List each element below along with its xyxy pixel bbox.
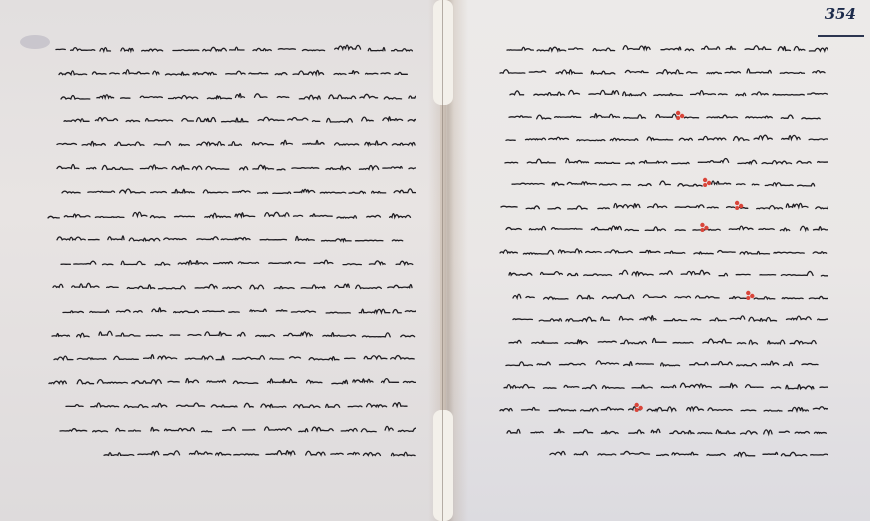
manuscript-line (102, 443, 417, 459)
paper-damage-bottom (433, 410, 453, 521)
manuscript-line (64, 395, 416, 411)
manuscript-line (51, 276, 416, 292)
manuscript-line (511, 308, 828, 324)
manuscript-line (55, 133, 416, 149)
manuscript-line (507, 106, 828, 122)
manuscript-line (548, 443, 829, 459)
manuscript-line (508, 83, 828, 99)
manuscript-line (52, 347, 416, 363)
manuscript-line (507, 331, 828, 347)
manuscript-line (511, 286, 828, 302)
right-page (446, 0, 870, 521)
manuscript-spread: 354 (0, 0, 870, 521)
manuscript-line (57, 62, 416, 78)
paper-damage-top (433, 0, 453, 105)
manuscript-line (58, 419, 416, 435)
manuscript-line (498, 398, 828, 414)
manuscript-line (50, 324, 416, 340)
manuscript-line (61, 300, 416, 316)
manuscript-line (510, 173, 828, 189)
manuscript-line (499, 196, 828, 212)
manuscript-line (46, 205, 416, 221)
manuscript-line (59, 86, 416, 102)
folio-number: 354 (825, 5, 856, 23)
manuscript-line (498, 241, 828, 257)
fold-line (442, 0, 443, 521)
ink-smudge (20, 35, 50, 49)
manuscript-line (503, 151, 828, 167)
manuscript-line (55, 228, 416, 244)
manuscript-line (62, 109, 416, 125)
left-page (0, 0, 440, 521)
manuscript-line (498, 61, 828, 77)
manuscript-line (505, 421, 828, 437)
manuscript-line (504, 218, 828, 234)
folio-underline (818, 35, 864, 37)
manuscript-line (505, 38, 828, 54)
manuscript-line (55, 157, 416, 173)
manuscript-line (502, 376, 828, 392)
manuscript-line (504, 128, 828, 144)
manuscript-line (507, 263, 828, 279)
manuscript-line (59, 252, 416, 268)
manuscript-line (504, 353, 828, 369)
manuscript-line (47, 371, 416, 387)
manuscript-line (60, 181, 416, 197)
manuscript-line (54, 38, 416, 54)
